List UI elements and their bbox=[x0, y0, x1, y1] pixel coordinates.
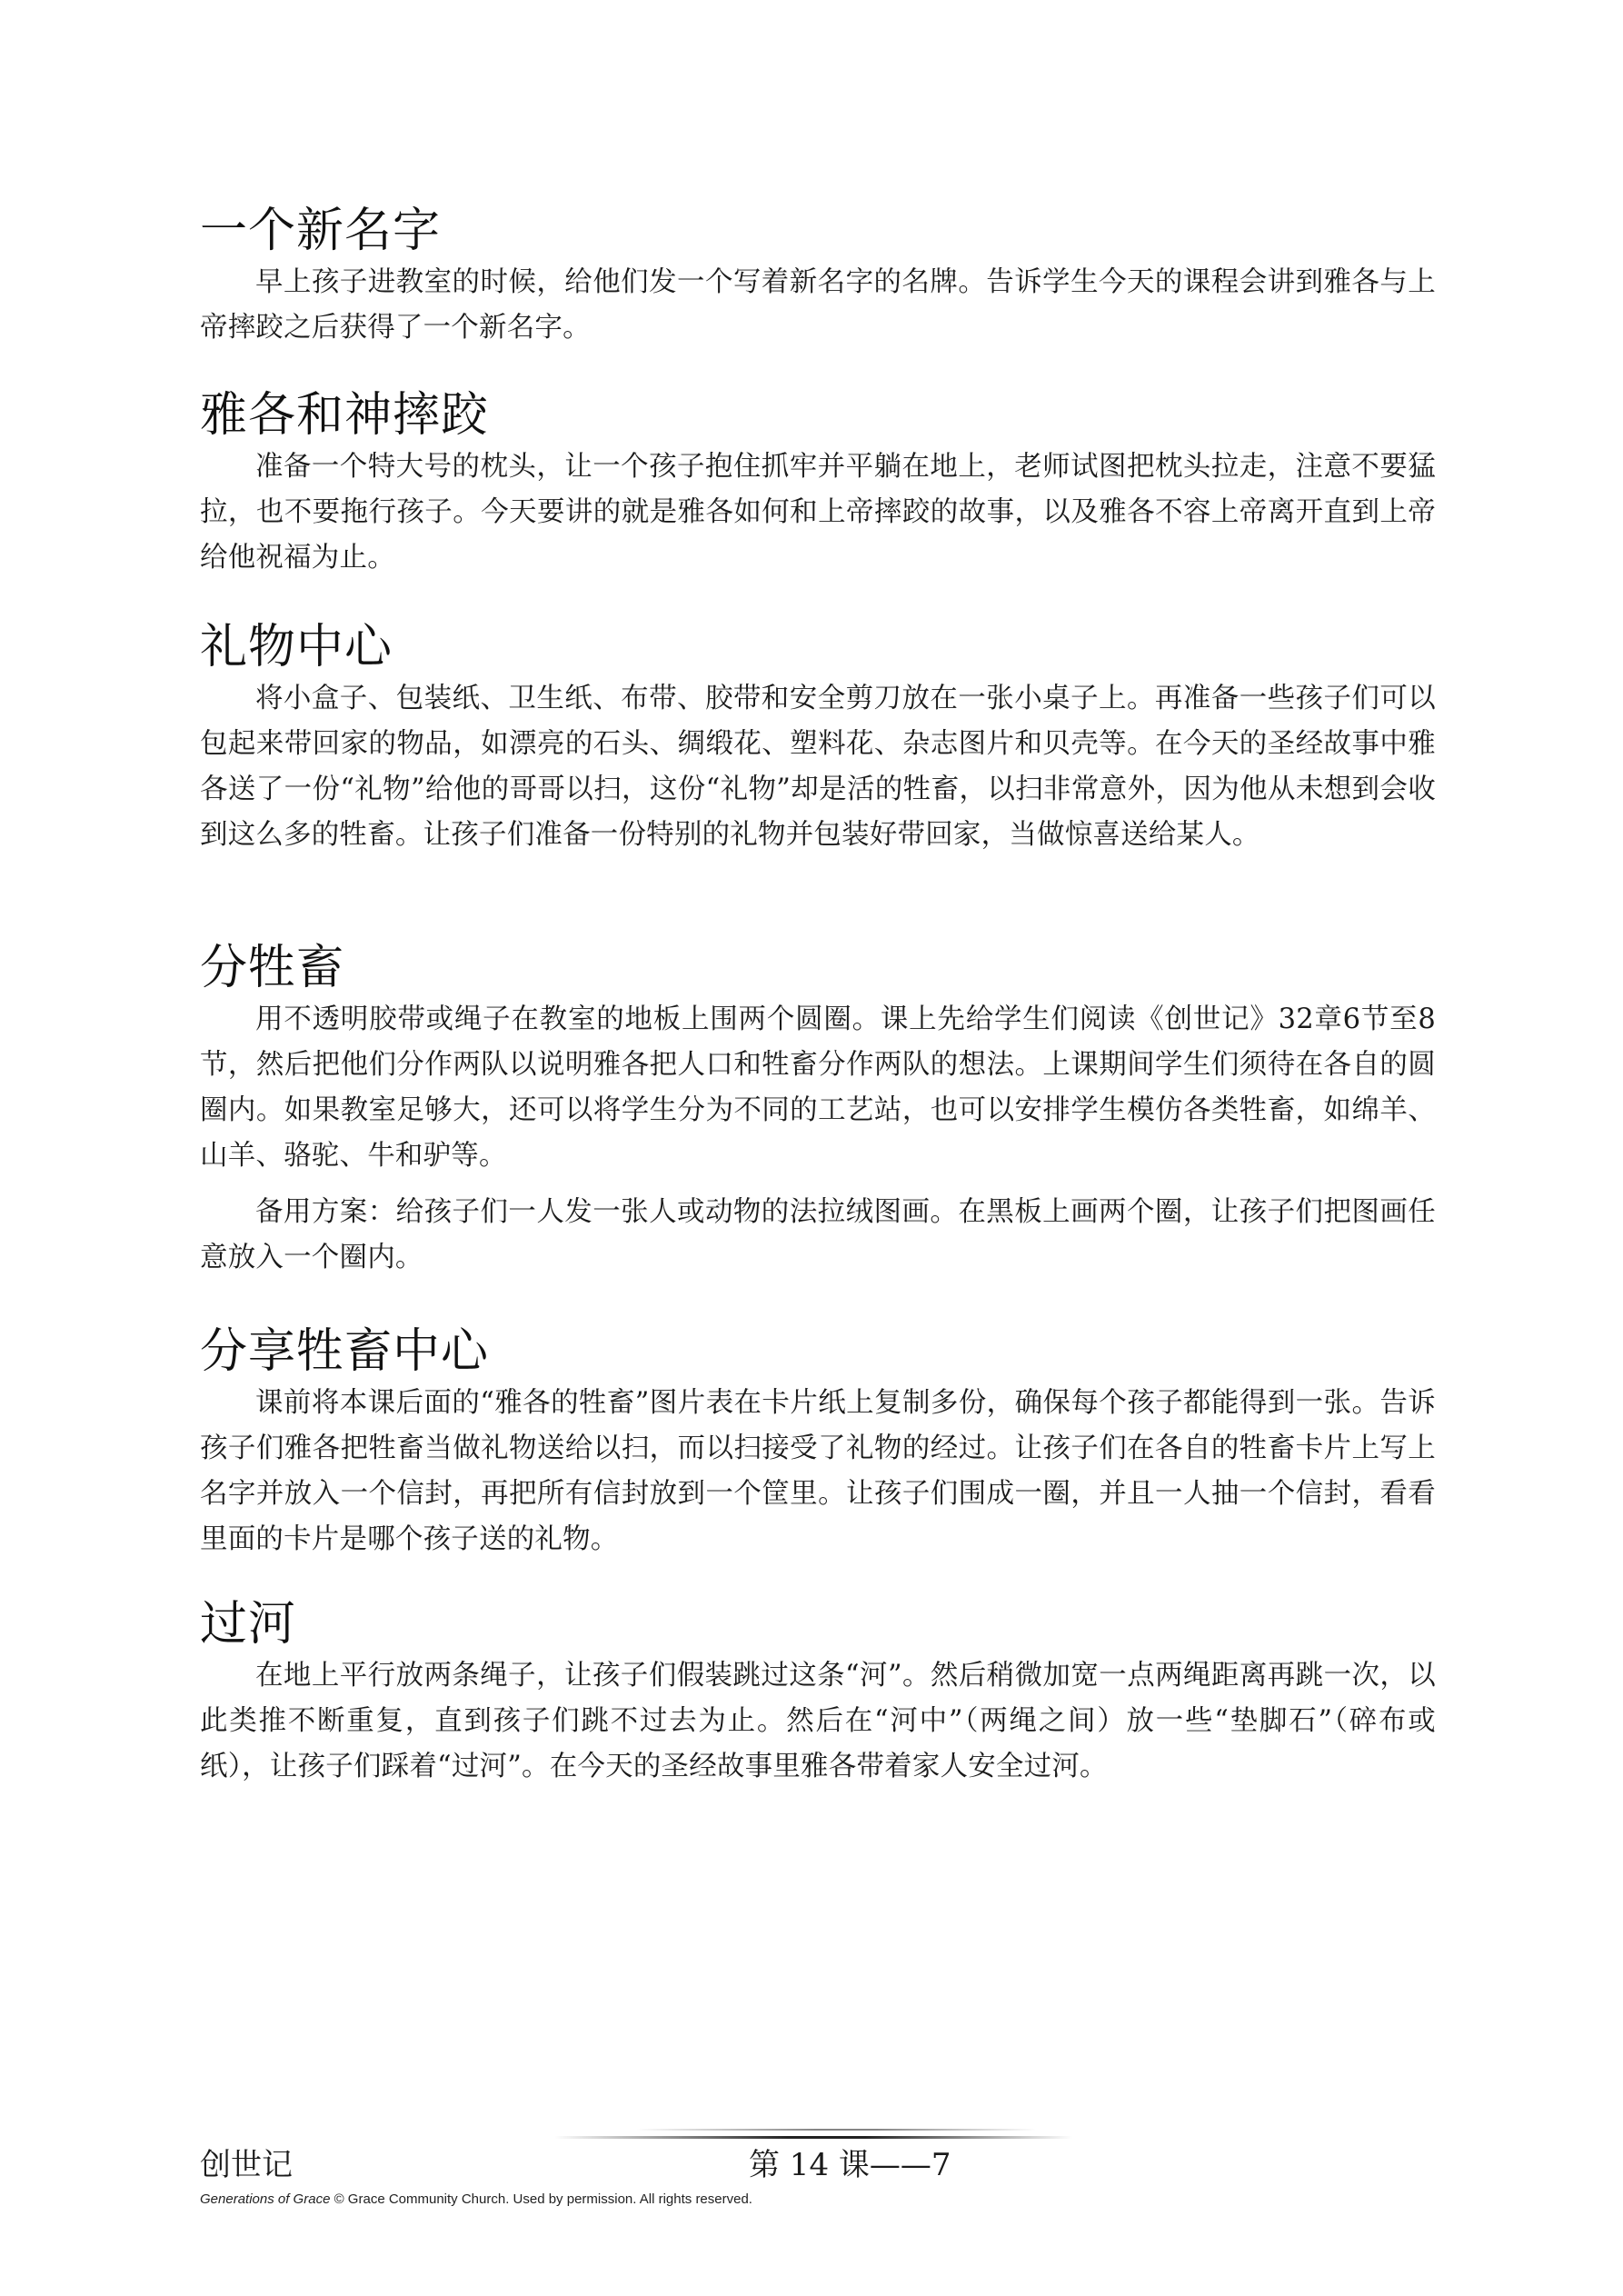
section-heading: 分牲畜 bbox=[200, 939, 1436, 997]
footer-divider-thin bbox=[636, 2129, 1036, 2131]
section-paragraph: 准备一个特大号的枕头，让一个孩子抱住抓牢并平躺在地上，老师试图把枕头拉走，注意不… bbox=[200, 444, 1436, 581]
section-share-livestock-center: 分享牲畜中心 课前将本课后面的“雅各的牲畜”图片表在卡片纸上复制多份，确保每个孩… bbox=[200, 1323, 1436, 1562]
copyright-title: Generations of Grace bbox=[200, 2191, 330, 2207]
section-paragraph: 在地上平行放两条绳子，让孩子们假装跳过这条“河”。然后稍微加宽一点两绳距离再跳一… bbox=[200, 1653, 1436, 1790]
section-heading: 礼物中心 bbox=[200, 618, 1436, 676]
section-paragraph: 课前将本课后面的“雅各的牲畜”图片表在卡片纸上复制多份，确保每个孩子都能得到一张… bbox=[200, 1381, 1436, 1562]
section-heading: 一个新名字 bbox=[200, 202, 1436, 260]
section-paragraph: 早上孩子进教室的时候，给他们发一个写着新名字的名牌。告诉学生今天的课程会讲到雅各… bbox=[200, 260, 1436, 351]
section-heading: 分享牲畜中心 bbox=[200, 1323, 1436, 1381]
section-jacob-wrestles: 雅各和神摔跤 准备一个特大号的枕头，让一个孩子抱住抓牢并平躺在地上，老师试图把枕… bbox=[200, 386, 1436, 581]
section-gift-center: 礼物中心 将小盒子、包装纸、卫生纸、布带、胶带和安全剪刀放在一张小桌子上。再准备… bbox=[200, 618, 1436, 858]
section-heading: 雅各和神摔跤 bbox=[200, 386, 1436, 444]
section-heading: 过河 bbox=[200, 1595, 1436, 1653]
section-new-name: 一个新名字 早上孩子进教室的时候，给他们发一个写着新名字的名牌。告诉学生今天的课… bbox=[200, 202, 1436, 351]
copyright-text: © Grace Community Church. Used by permis… bbox=[330, 2191, 752, 2207]
footer-divider bbox=[554, 2136, 1072, 2139]
section-paragraph-alternate: 备用方案：给孩子们一人发一张人或动物的法拉绒图画。在黑板上画两个圈，让孩子们把图… bbox=[200, 1190, 1436, 1281]
footer-page-number: 第 14 课——7 bbox=[749, 2147, 951, 2183]
footer-book-title: 创世记 bbox=[200, 2147, 293, 2183]
copyright-notice: Generations of Grace © Grace Community C… bbox=[200, 2191, 752, 2209]
section-divide-livestock: 分牲畜 用不透明胶带或绳子在教室的地板上围两个圆圈。课上先给学生们阅读《创世记》… bbox=[200, 939, 1436, 1281]
section-paragraph: 将小盒子、包装纸、卫生纸、布带、胶带和安全剪刀放在一张小桌子上。再准备一些孩子们… bbox=[200, 676, 1436, 858]
section-paragraph: 用不透明胶带或绳子在教室的地板上围两个圆圈。课上先给学生们阅读《创世记》32章6… bbox=[200, 997, 1436, 1179]
section-cross-river: 过河 在地上平行放两条绳子，让孩子们假装跳过这条“河”。然后稍微加宽一点两绳距离… bbox=[200, 1595, 1436, 1790]
